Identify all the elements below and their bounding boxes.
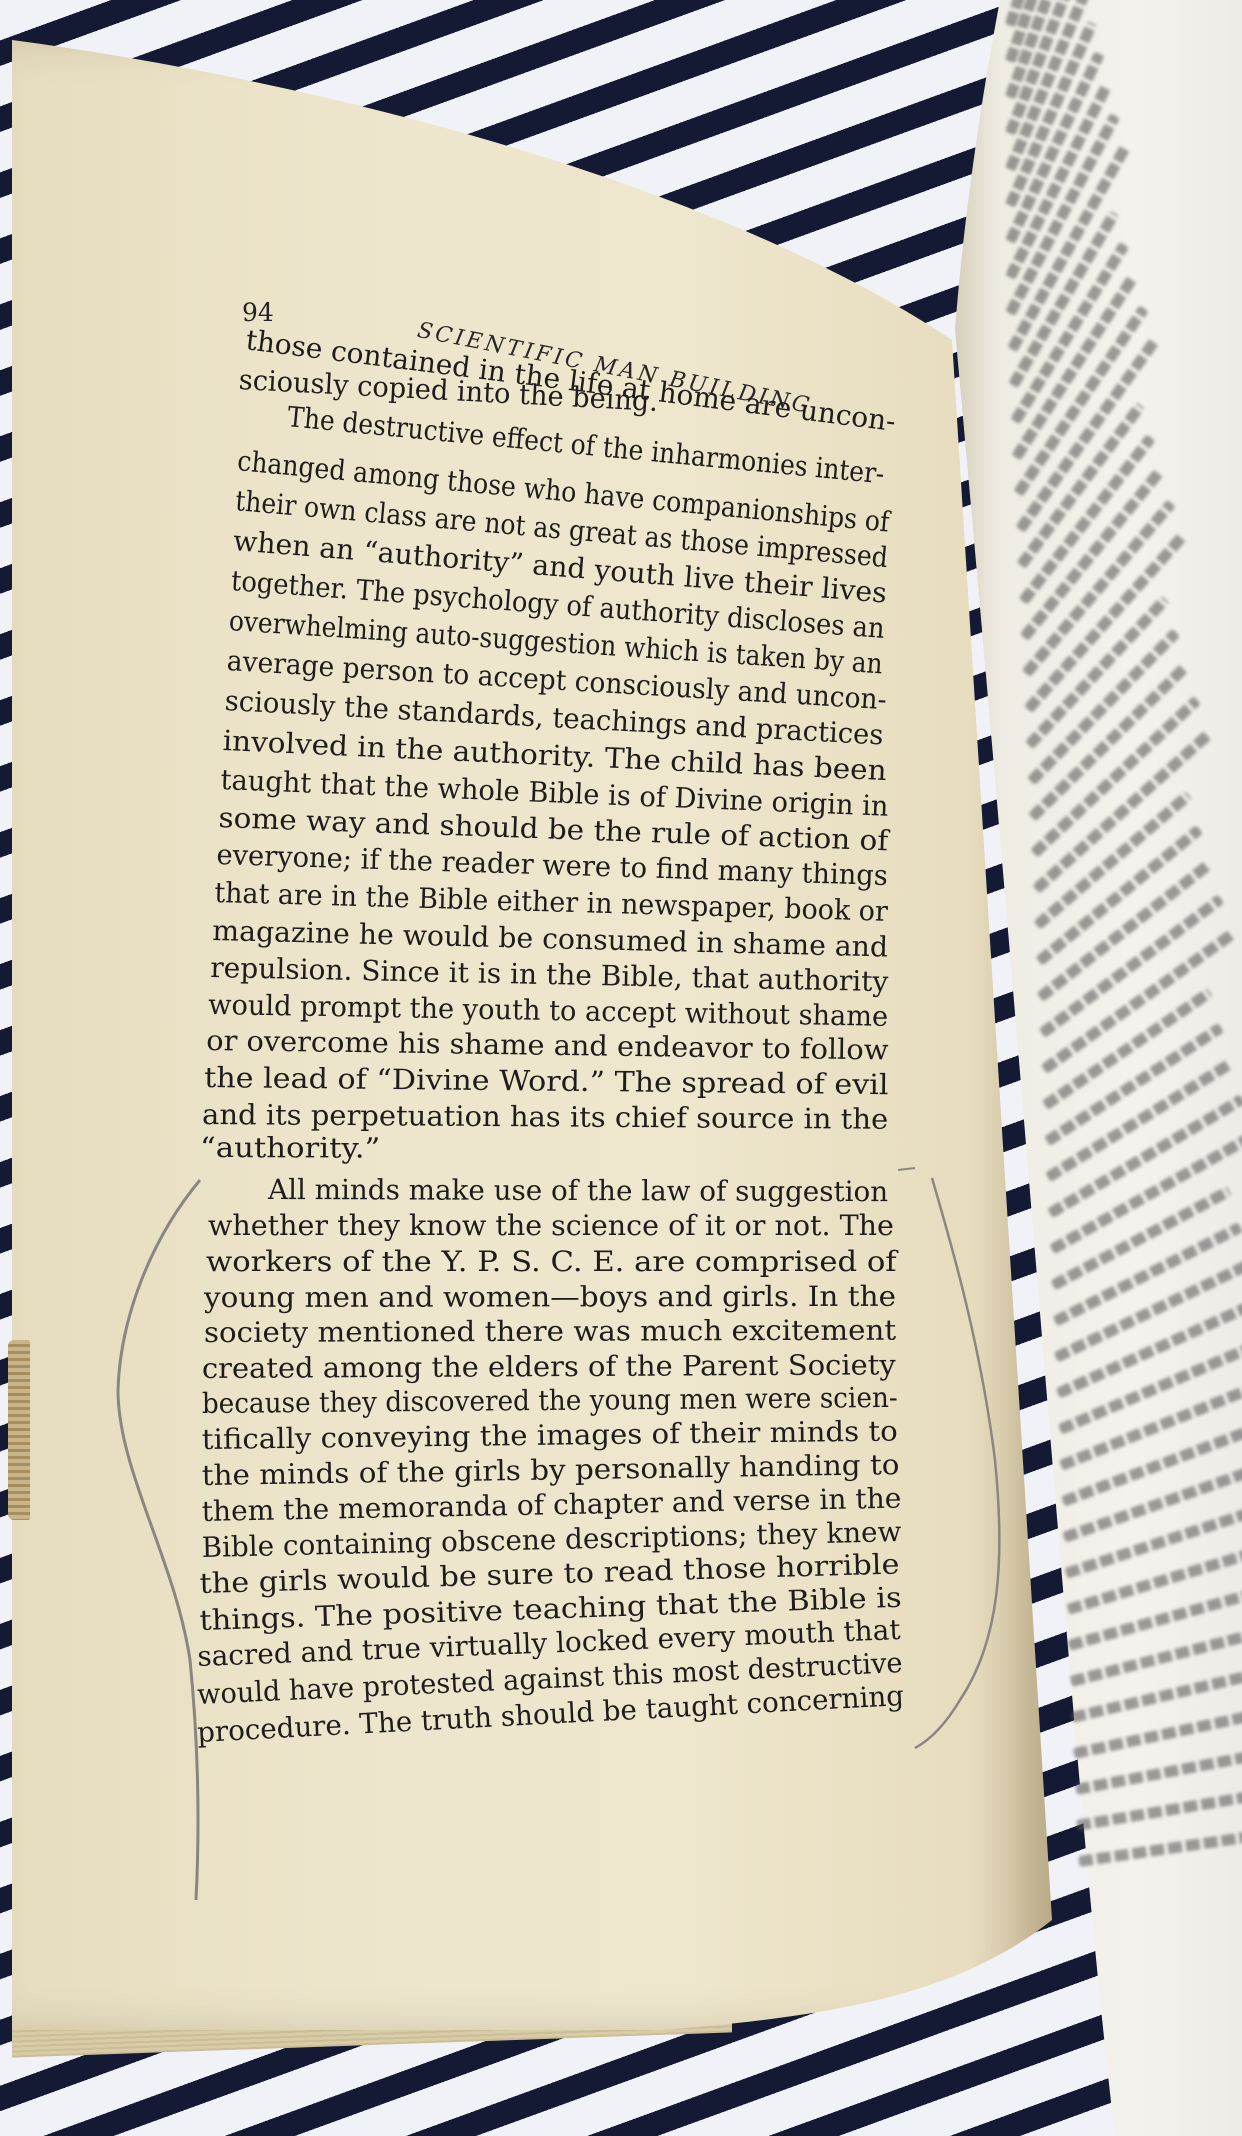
text-line: whether they know the science of it or n… <box>208 1209 894 1242</box>
text-line: and its perpetuation has its chief sourc… <box>202 1098 888 1136</box>
blurred-line <box>1040 929 1235 1073</box>
text-line: All minds make use of the law of suggest… <box>268 1173 888 1208</box>
book-photo-scene: 94 SCIENTIFIC MAN BUILDING those contain… <box>0 0 1242 2136</box>
text-line: workers of the Y. P. S. C. E. are compri… <box>206 1245 897 1278</box>
blurred-line <box>1076 1787 1242 1831</box>
text-line: because they discovered the young men we… <box>202 1381 898 1420</box>
blurred-line <box>1061 1423 1242 1507</box>
text-line: young men and women—boys and girls. In t… <box>204 1280 896 1314</box>
blurred-line <box>1025 595 1169 749</box>
text-line: society mentioned there was much excitem… <box>204 1314 896 1349</box>
blurred-line <box>1078 1826 1242 1867</box>
text-line: “authority.” <box>200 1131 380 1165</box>
thimble-object <box>8 1340 30 1520</box>
page-number: 94 <box>242 298 274 327</box>
text-line: created among the elders of the Parent S… <box>202 1348 896 1385</box>
blurred-line <box>1059 1385 1242 1470</box>
